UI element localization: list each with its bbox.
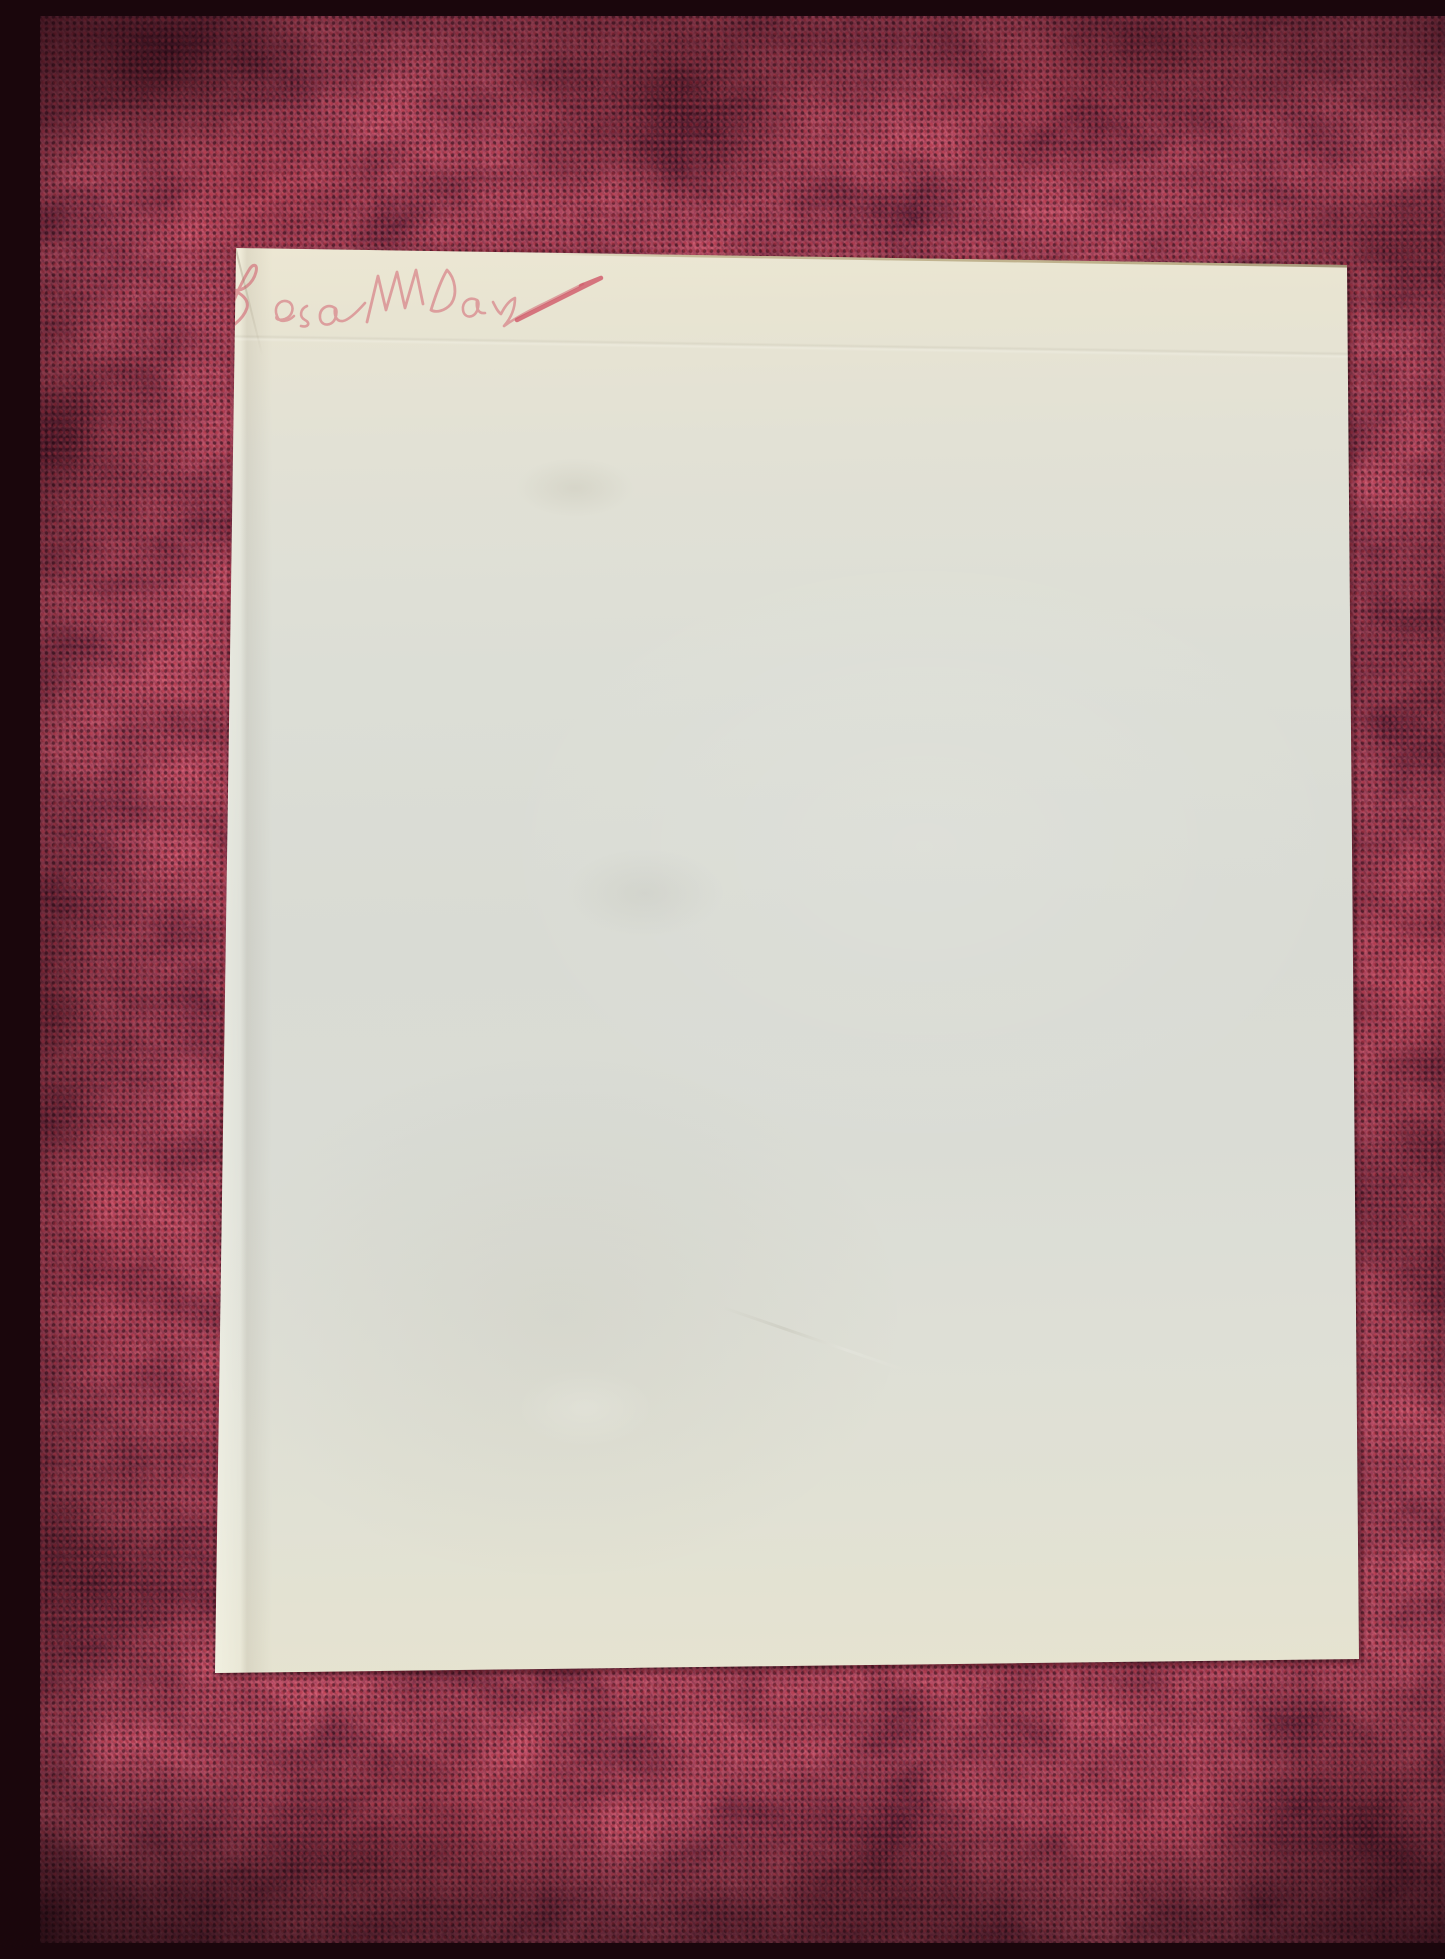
inscription-text: Rosa M Day [625,248,626,249]
paper-crease-mid [722,1306,908,1373]
paper-smudge [565,848,725,938]
paper-sheet-wrap: Rosa M Day [215,248,1359,1673]
script-word-mday [493,284,583,326]
paper-crease-top [215,334,1359,359]
script-word-rosa [320,303,365,325]
photo-scene: Rosa M Day [40,16,1445,1943]
script-word-mday [431,270,455,311]
script-word-rosa [301,306,308,326]
script-word-rosa [276,301,294,321]
script-word-mday [463,299,485,317]
paper-sheet: Rosa M Day [215,248,1359,1673]
script-final-flourish [517,278,601,320]
under-sheet-edge [545,252,1357,268]
handwritten-inscription [215,248,625,343]
paper-highlight [515,1368,655,1448]
script-word-rosa [219,265,256,336]
script-word-mday [367,270,423,322]
paper-smudge [515,458,635,518]
